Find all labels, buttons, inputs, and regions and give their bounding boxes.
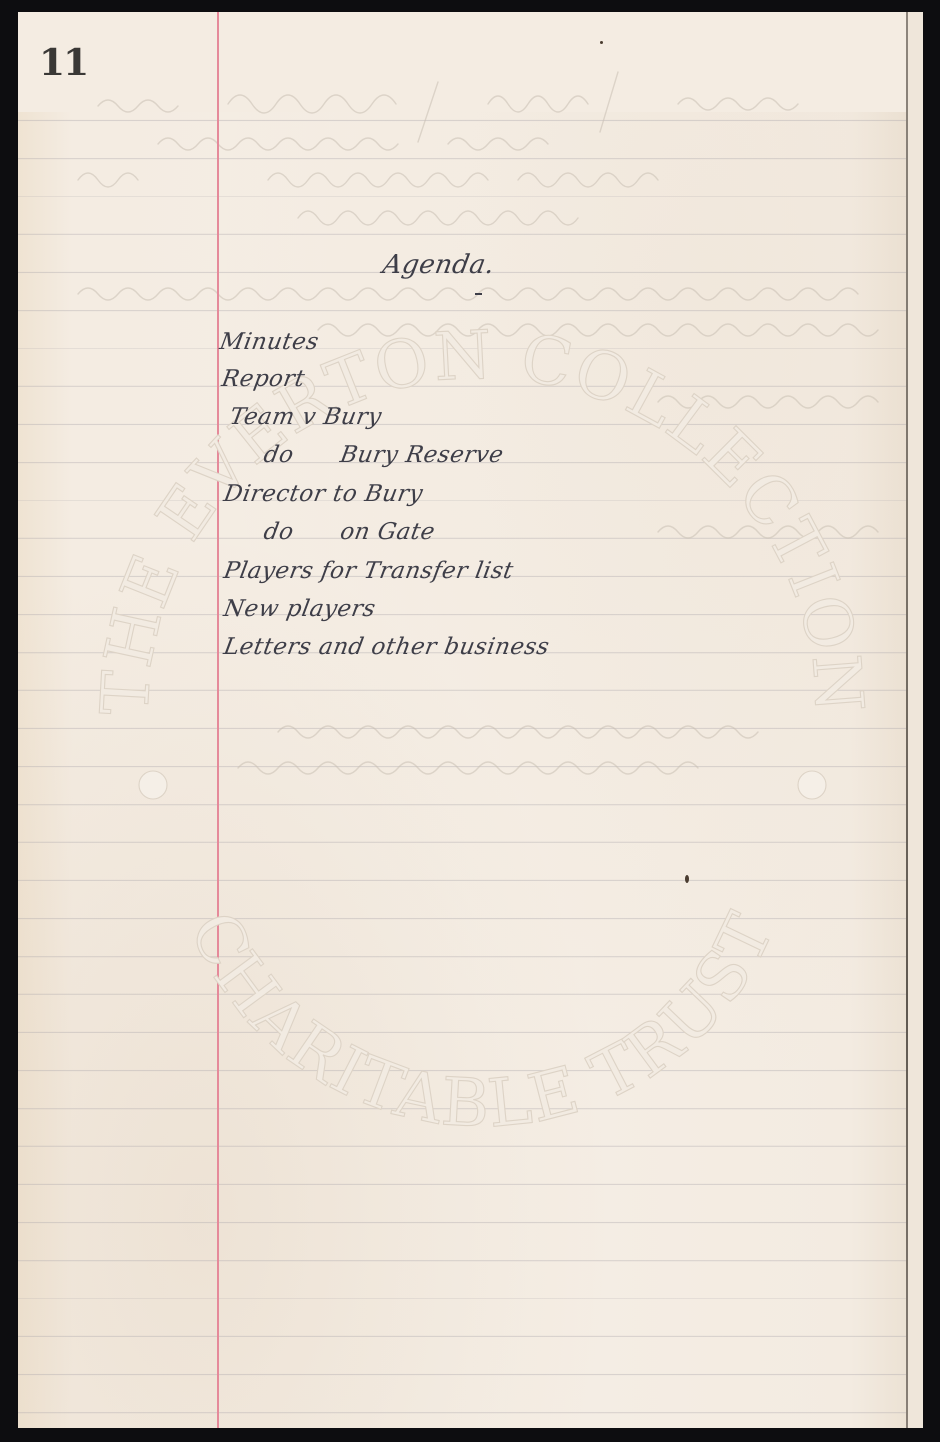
- agenda-item: Minutes: [218, 329, 321, 355]
- agenda-item: New players: [222, 596, 378, 622]
- agenda-heading-underline: [475, 293, 482, 295]
- page-gutter: [908, 12, 923, 1428]
- agenda-item: Team v Bury: [228, 404, 384, 430]
- agenda-item: Report: [220, 366, 307, 392]
- agenda-item: Players for Transfer list: [222, 558, 516, 584]
- ink-speck: [600, 41, 603, 44]
- agenda-item: do Bury Reserve: [262, 442, 506, 468]
- agenda-item: do on Gate: [262, 519, 437, 545]
- ledger-page: 11 THE EVERTON COLLECTION CHARITABLE TRU…: [18, 12, 923, 1428]
- ink-speck: [685, 875, 689, 883]
- agenda-heading: Agenda.: [380, 250, 497, 280]
- agenda-item: Director to Bury: [222, 481, 425, 507]
- page-header-band: [18, 12, 923, 112]
- ruled-lines: [18, 12, 923, 1428]
- agenda-item: Letters and other business: [222, 634, 552, 660]
- red-margin-rule: [217, 12, 219, 1428]
- scan-background: 11 THE EVERTON COLLECTION CHARITABLE TRU…: [0, 0, 940, 1442]
- binding-edge: [906, 12, 908, 1428]
- page-number: 11: [39, 42, 87, 84]
